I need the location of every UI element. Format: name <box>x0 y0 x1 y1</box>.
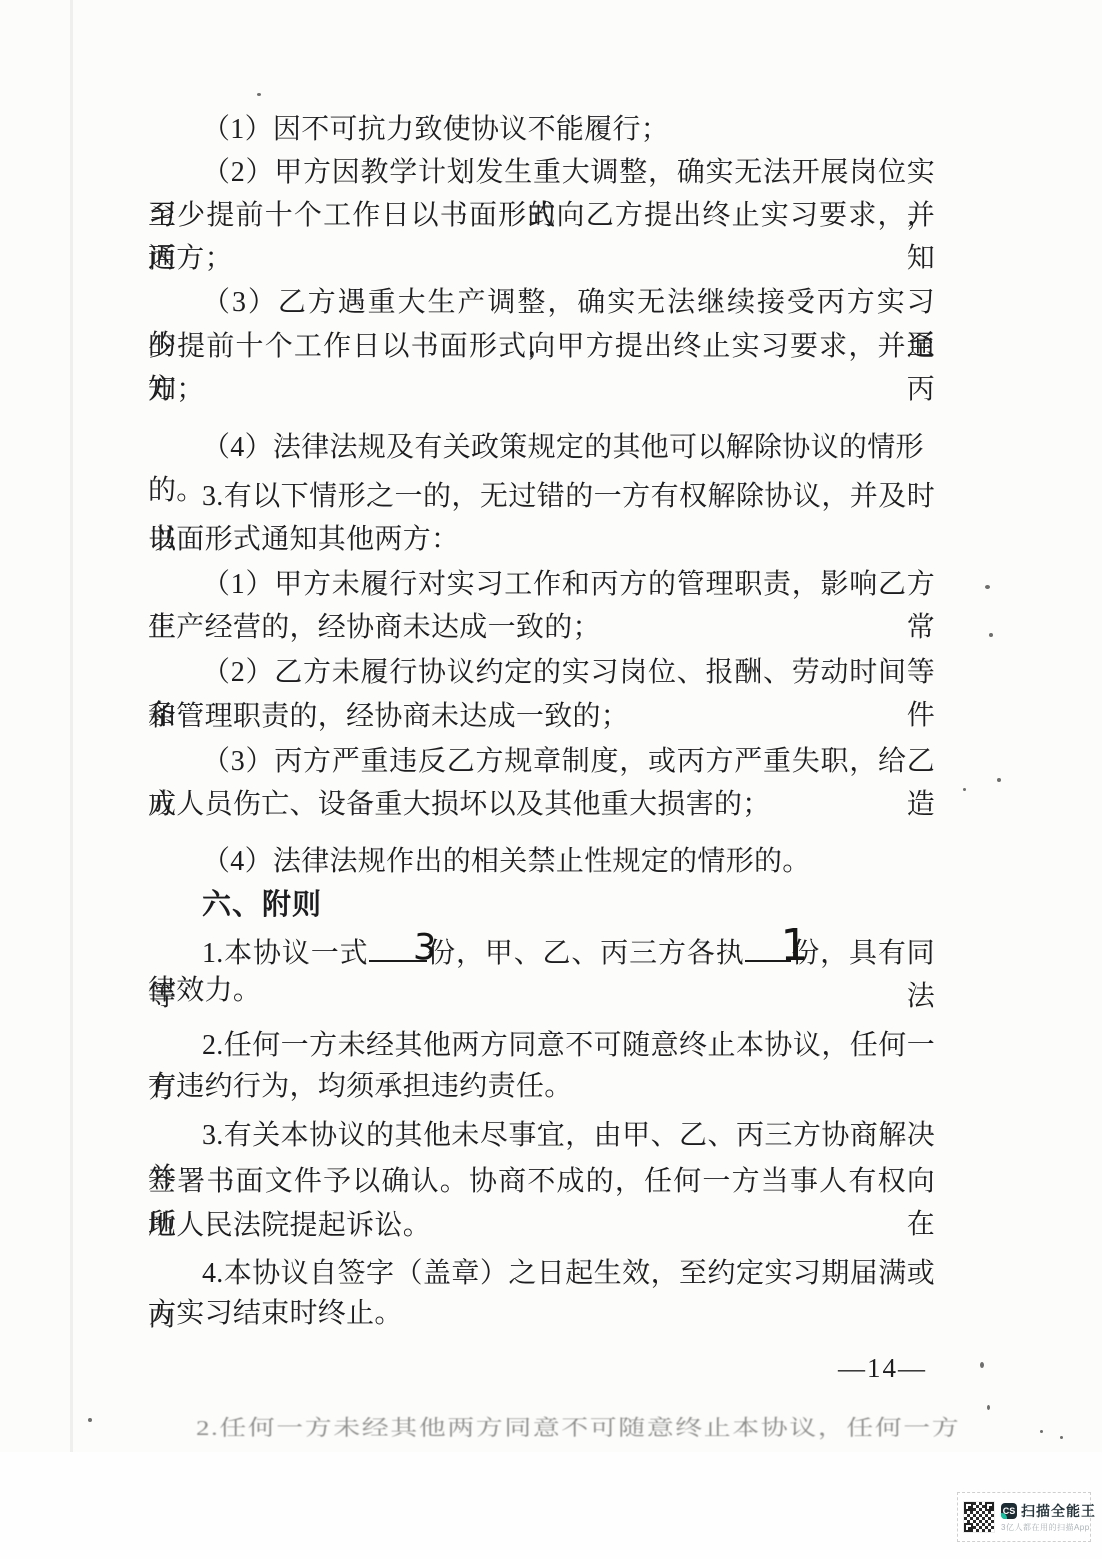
doc-line: （2）甲方因教学计划发生重大调整，确实无法开展岗位实习的， <box>148 151 935 194</box>
scan-speck <box>980 1362 984 1368</box>
doc-line: （1）因不可抗力致使协议不能履行； <box>148 108 935 151</box>
qr-code <box>964 1502 994 1532</box>
watermark-text-group: CS 扫描全能王 3亿人都在用的扫描App <box>1001 1501 1084 1533</box>
doc-line: 书面形式通知其他两方： <box>148 518 935 561</box>
scanned-document-page: （1）因不可抗力致使协议不能履行； （2）甲方因教学计划发生重大调整，确实无法开… <box>0 0 1102 1559</box>
doc-line: （4）法律法规作出的相关禁止性规定的情形的。 <box>148 840 935 883</box>
handwritten-total-copies: 3 <box>358 927 437 967</box>
doc-line: 和管理职责的，经协商未达成一致的； <box>148 695 935 738</box>
copies-text-pre: 1.本协议一式 <box>202 938 369 969</box>
scan-speck <box>1060 1436 1063 1439</box>
doc-line: 至少提前十个工作日以书面形式向乙方提出终止实习要求，并通知 <box>148 194 935 237</box>
scan-speck <box>985 585 990 589</box>
doc-line-copies: 1.本协议一式3份，甲、乙、丙三方各执1份，具有同等法 <box>148 930 935 973</box>
scan-speck <box>963 788 966 791</box>
scan-speck <box>987 1405 990 1410</box>
scan-speck <box>257 93 261 96</box>
qr-finder-icon <box>964 1523 973 1532</box>
handwritten-each-copies-blank: 1 <box>745 930 791 962</box>
doc-line: 成人员伤亡、设备重大损坏以及其他重大损害的； <box>148 783 935 826</box>
scan-speck <box>997 778 1001 782</box>
scan-speck <box>989 633 993 637</box>
doc-line: 生产经营的，经协商未达成一致的； <box>148 606 935 649</box>
scan-speck <box>1040 1430 1043 1433</box>
doc-line: 少提前十个工作日以书面形式向甲方提出终止实习要求，并通知丙 <box>148 325 935 368</box>
bleed-through-text: 2.任何一方未经其他两方同意不可随意终止本协议，任何一方 <box>196 1416 976 1440</box>
doc-line: （2）乙方未履行协议约定的实习岗位、报酬、劳动时间等条件 <box>148 651 935 694</box>
handwritten-each-copies: 1 <box>726 924 808 968</box>
doc-line: （3）乙方遇重大生产调整，确实无法继续接受丙方实习的，至 <box>148 281 935 324</box>
qr-finder-icon <box>964 1502 973 1511</box>
doc-line: （3）丙方严重违反乙方规章制度，或丙方严重失职，给乙方造 <box>148 740 935 783</box>
doc-line: 丙方； <box>148 237 935 280</box>
doc-line: 方； <box>148 368 935 411</box>
doc-line: 地人民法院提起诉讼。 <box>148 1204 935 1247</box>
doc-line: 签署书面文件予以确认。协商不成的，任何一方当事人有权向所在 <box>148 1160 935 1203</box>
doc-line: 3.有以下情形之一的，无过错的一方有权解除协议，并及时以 <box>148 475 935 518</box>
doc-line: 4.本协议自签字（盖章）之日起生效，至约定实习期届满或丙 <box>148 1252 935 1295</box>
doc-line: 律效力。 <box>148 969 935 1012</box>
camscanner-watermark: CS 扫描全能王 3亿人都在用的扫描App <box>957 1492 1091 1542</box>
doc-line: （4）法律法规及有关政策规定的其他可以解除协议的情形的。 <box>148 426 935 469</box>
section-heading: 六、附则 <box>148 884 935 927</box>
copies-text-mid: 份，甲、乙、丙三方各执 <box>427 938 745 969</box>
doc-line: （1）甲方未履行对实习工作和丙方的管理职责，影响乙方正常 <box>148 563 935 606</box>
doc-line: 有违约行为，均须承担违约责任。 <box>148 1065 935 1108</box>
doc-line: 方实习结束时终止。 <box>148 1292 935 1335</box>
page-number: —14— <box>838 1348 948 1388</box>
watermark-tagline: 3亿人都在用的扫描App <box>1001 1522 1090 1533</box>
scan-speck <box>88 1418 92 1422</box>
qr-finder-icon <box>985 1502 994 1511</box>
watermark-app-name: 扫描全能王 <box>1021 1501 1096 1521</box>
doc-line: 3.有关本协议的其他未尽事宜，由甲、乙、丙三方协商解决并 <box>148 1114 935 1157</box>
camscanner-logo-icon: CS <box>1001 1503 1017 1519</box>
doc-line: 2.任何一方未经其他两方同意不可随意终止本协议，任何一方 <box>148 1024 935 1067</box>
document-text-block: （1）因不可抗力致使协议不能履行； （2）甲方因教学计划发生重大调整，确实无法开… <box>0 0 1102 1559</box>
handwritten-total-copies-blank: 3 <box>369 930 427 962</box>
